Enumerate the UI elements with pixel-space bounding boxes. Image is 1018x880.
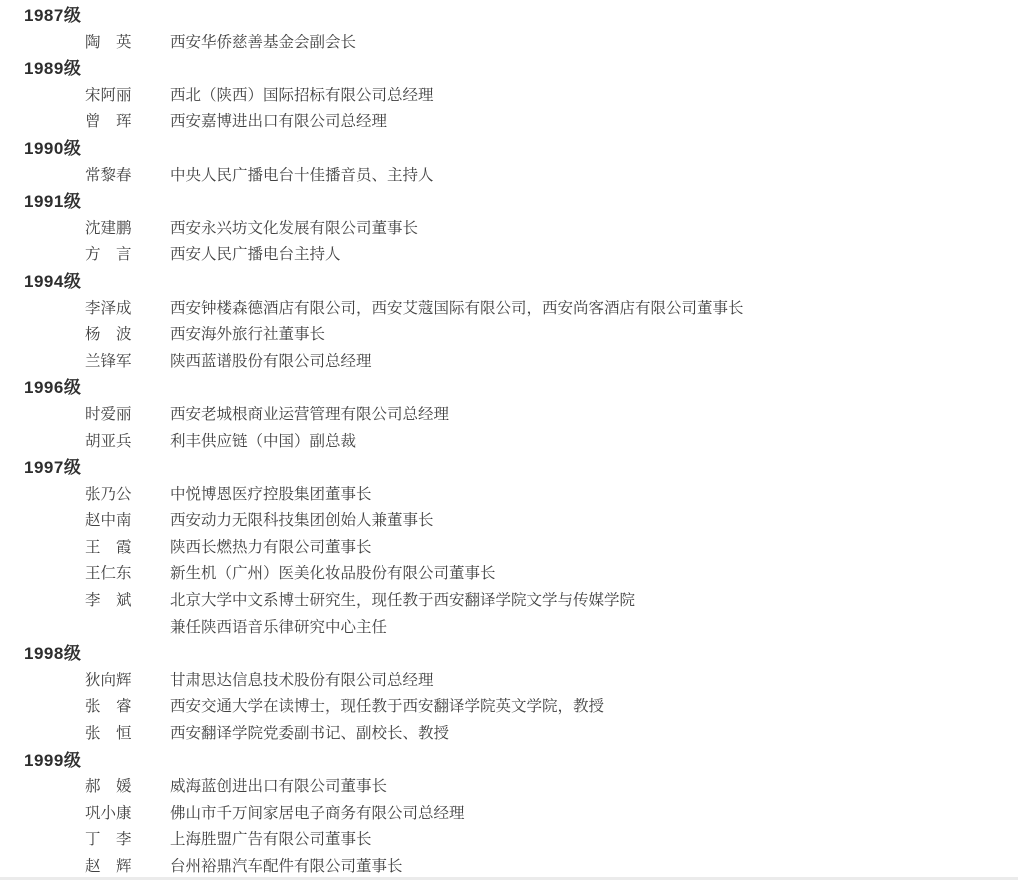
member-title: 西安嘉博进出口有限公司总经理 — [170, 109, 387, 136]
member-name: 沈建鹏 — [85, 216, 133, 243]
member-name: 胡亚兵 — [85, 429, 133, 456]
member-name: 张乃公 — [85, 482, 133, 509]
member-row: 杨 波西安海外旅行社董事长 — [0, 322, 1018, 349]
member-name: 王 霞 — [85, 535, 133, 562]
member-title: 中央人民广播电台十佳播音员、主持人 — [170, 163, 434, 190]
member-name: 王仁东 — [85, 561, 133, 588]
year-heading: 1996级 — [0, 375, 1018, 402]
member-row: 李 斌北京大学中文系博士研究生，现任教于西安翻译学院文学与传媒学院 — [0, 588, 1018, 615]
alumni-list: 1987级陶 英西安华侨慈善基金会副会长1989级宋阿丽西北（陕西）国际招标有限… — [0, 0, 1018, 880]
member-row: 兰锋军陕西蓝谱股份有限公司总经理 — [0, 349, 1018, 376]
member-name: 李泽成 — [85, 296, 133, 323]
member-name: 杨 波 — [85, 322, 133, 349]
member-title-line: 兼任陕西语音乐律研究中心主任 — [170, 615, 387, 642]
member-name: 陶 英 — [85, 30, 133, 57]
member-title: 上海胜盟广告有限公司董事长 — [170, 827, 372, 854]
member-title: 西安钟楼森德酒店有限公司，西安艾蔻国际有限公司，西安尚客酒店有限公司董事长 — [170, 296, 744, 323]
member-row: 王仁东新生机（广州）医美化妆品股份有限公司董事长 — [0, 561, 1018, 588]
member-row: 陶 英西安华侨慈善基金会副会长 — [0, 30, 1018, 57]
year-heading: 1994级 — [0, 269, 1018, 296]
member-title: 西北（陕西）国际招标有限公司总经理 — [170, 83, 434, 110]
member-title: 北京大学中文系博士研究生，现任教于西安翻译学院文学与传媒学院 — [170, 588, 635, 615]
member-row: 常黎春中央人民广播电台十佳播音员、主持人 — [0, 163, 1018, 190]
member-title: 西安华侨慈善基金会副会长 — [170, 30, 356, 57]
member-row: 郝 媛威海蓝创进出口有限公司董事长 — [0, 774, 1018, 801]
member-row: 张 恒西安翻译学院党委副书记、副校长、教授 — [0, 721, 1018, 748]
year-heading: 1990级 — [0, 136, 1018, 163]
member-title: 佛山市千万间家居电子商务有限公司总经理 — [170, 801, 465, 828]
member-row: 张乃公中悦博恩医疗控股集团董事长 — [0, 482, 1018, 509]
member-name: 郝 媛 — [85, 774, 133, 801]
member-name: 常黎春 — [85, 163, 133, 190]
member-title: 陕西蓝谱股份有限公司总经理 — [170, 349, 372, 376]
member-title: 西安海外旅行社董事长 — [170, 322, 325, 349]
year-heading: 1997级 — [0, 455, 1018, 482]
year-heading: 1987级 — [0, 3, 1018, 30]
member-row: 丁 李上海胜盟广告有限公司董事长 — [0, 827, 1018, 854]
member-name: 狄向辉 — [85, 668, 133, 695]
year-heading: 1989级 — [0, 56, 1018, 83]
year-heading: 1998级 — [0, 641, 1018, 668]
member-name: 巩小康 — [85, 801, 133, 828]
member-row: 狄向辉甘肃思达信息技术股份有限公司总经理 — [0, 668, 1018, 695]
member-title: 中悦博恩医疗控股集团董事长 — [170, 482, 372, 509]
member-title: 西安永兴坊文化发展有限公司董事长 — [170, 216, 418, 243]
member-name: 兰锋军 — [85, 349, 133, 376]
member-name: 赵中南 — [85, 508, 133, 535]
member-row: 沈建鹏西安永兴坊文化发展有限公司董事长 — [0, 216, 1018, 243]
member-row: 曾 珲西安嘉博进出口有限公司总经理 — [0, 109, 1018, 136]
member-row: 张 睿西安交通大学在读博士，现任教于西安翻译学院英文学院，教授 — [0, 694, 1018, 721]
member-title: 西安人民广播电台主持人 — [170, 242, 341, 269]
member-title-continuation-row: 兼任陕西语音乐律研究中心主任 — [0, 615, 1018, 642]
member-name: 方 言 — [85, 242, 133, 269]
member-name: 时爱丽 — [85, 402, 133, 429]
member-title: 西安老城根商业运营管理有限公司总经理 — [170, 402, 449, 429]
member-row: 胡亚兵利丰供应链（中国）副总裁 — [0, 429, 1018, 456]
member-name: 曾 珲 — [85, 109, 133, 136]
member-title: 西安翻译学院党委副书记、副校长、教授 — [170, 721, 449, 748]
member-row: 方 言西安人民广播电台主持人 — [0, 242, 1018, 269]
member-name: 宋阿丽 — [85, 83, 133, 110]
member-name: 李 斌 — [85, 588, 133, 615]
year-heading: 1991级 — [0, 189, 1018, 216]
member-row: 王 霞陕西长燃热力有限公司董事长 — [0, 535, 1018, 562]
year-heading: 1999级 — [0, 748, 1018, 775]
member-name: 张 恒 — [85, 721, 133, 748]
member-row: 时爱丽西安老城根商业运营管理有限公司总经理 — [0, 402, 1018, 429]
member-title: 新生机（广州）医美化妆品股份有限公司董事长 — [170, 561, 496, 588]
member-title: 利丰供应链（中国）副总裁 — [170, 429, 356, 456]
member-title: 西安交通大学在读博士，现任教于西安翻译学院英文学院，教授 — [170, 694, 604, 721]
member-name: 丁 李 — [85, 827, 133, 854]
member-title: 陕西长燃热力有限公司董事长 — [170, 535, 372, 562]
member-title: 西安动力无限科技集团创始人兼董事长 — [170, 508, 434, 535]
member-row: 李泽成西安钟楼森德酒店有限公司，西安艾蔻国际有限公司，西安尚客酒店有限公司董事长 — [0, 296, 1018, 323]
member-title: 威海蓝创进出口有限公司董事长 — [170, 774, 387, 801]
member-row: 赵中南西安动力无限科技集团创始人兼董事长 — [0, 508, 1018, 535]
member-row: 巩小康佛山市千万间家居电子商务有限公司总经理 — [0, 801, 1018, 828]
member-title: 甘肃思达信息技术股份有限公司总经理 — [170, 668, 434, 695]
member-name: 张 睿 — [85, 694, 133, 721]
member-row: 宋阿丽西北（陕西）国际招标有限公司总经理 — [0, 83, 1018, 110]
